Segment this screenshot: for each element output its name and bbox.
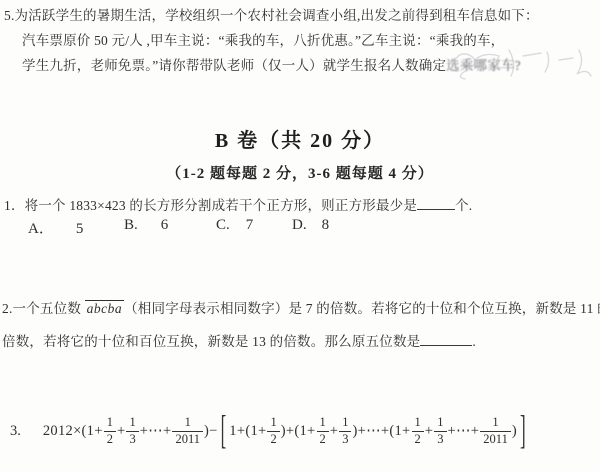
question-2-line-2-text: 倍数，若将它的十位和百位互换，新数是 13 的倍数。那么原五位数是 (2, 334, 420, 349)
question-1-answer-blank (417, 196, 455, 210)
big-bracket: ] (520, 408, 526, 455)
fraction: 12 (267, 416, 279, 445)
formula-text: + (117, 423, 125, 440)
question-1-text: 1．将一个 1833×423 的长方形分割成若干个正方形，则正方形最少是 (4, 198, 417, 213)
big-bracket: [ (221, 408, 227, 455)
question-2-line-2: 倍数，若将它的十位和百位互换，新数是 13 的倍数。那么原五位数是. (2, 330, 476, 350)
formula-text: 1+(1+ (229, 423, 266, 440)
fraction: 12 (412, 416, 424, 445)
formula-text: )+⋯+(1+ (352, 423, 410, 440)
fraction: 12 (317, 416, 329, 445)
section-title: B 卷（共 20 分） (0, 124, 600, 153)
fraction: 12 (104, 416, 116, 445)
question-2-answer-blank (420, 332, 472, 346)
watermark (443, 40, 598, 88)
question-3-number: 3. (10, 423, 21, 440)
question-1-options: A．5 B.6 C.7 D.8 (0, 217, 600, 239)
scanned-exam-page: { "page": { "background": "#fdfdfc", "te… (0, 0, 600, 472)
option-c: C.7 (216, 217, 253, 234)
section-subtitle: （1-2 题每题 2 分，3-6 题每题 4 分） (0, 162, 600, 183)
formula-text: )+(1+ (281, 423, 316, 440)
option-a-label: A． (28, 221, 54, 237)
formula-text: 2012×(1+ (43, 423, 103, 440)
option-a-value: 5 (76, 221, 84, 238)
question-3: 3. 2012×(1+12+13+⋯+12011)−[1+(1+12)+(1+1… (10, 403, 529, 459)
formula-text: ) (512, 423, 517, 440)
question-2-line-1: 2.一个五位数 abcba（相同字母表示相同数字）是 7 的倍数。若将它的十位和… (2, 297, 600, 317)
option-a: A．5 (28, 217, 83, 238)
option-c-label: C. (216, 217, 230, 233)
question-5-line-1: 5.为活跃学生的暑期生活，学校组织一个农村社会调查小组,出发之前得到租车信息如下… (4, 4, 539, 24)
question-2-line-2-suffix: . (472, 334, 476, 349)
formula-text: + (425, 423, 433, 440)
fraction: 12011 (480, 416, 511, 445)
formula-text: + (330, 423, 338, 440)
question-5-line-2: 汽车票原价 50 元/人 ,甲车主说：“乘我的车，八折优惠。”乙车主说：“乘我的… (22, 29, 504, 49)
option-d-label: D. (292, 217, 307, 233)
question-2-overlined-number: abcba (85, 300, 125, 316)
option-b-label: B. (124, 217, 138, 233)
formula-text: +⋯+ (448, 423, 480, 440)
option-d: D.8 (292, 217, 329, 234)
question-5-line-3-text: 学生九折，老师免票。”请你帮带队老师（仅一人）就学生报名人数确定 (22, 58, 446, 73)
option-b: B.6 (124, 217, 168, 234)
formula-text: +⋯+ (140, 423, 172, 440)
fraction: 13 (339, 416, 351, 445)
question-3-formula: 2012×(1+12+13+⋯+12011)−[1+(1+12)+(1+12+1… (43, 416, 529, 445)
question-1: 1．将一个 1833×423 的长方形分割成若干个正方形，则正方形最少是个. (4, 194, 472, 214)
option-b-value: 6 (161, 217, 169, 234)
question-2-text-pre: 2.一个五位数 (2, 301, 85, 316)
fraction: 12011 (172, 416, 203, 445)
question-2-text-post: （相同字母表示相同数字）是 7 的倍数。若将它的十位和个位互换，新数是 11 的 (124, 301, 600, 316)
fraction: 13 (434, 416, 446, 445)
option-d-value: 8 (322, 217, 330, 234)
question-1-text-suffix: 个. (455, 198, 472, 213)
fraction: 13 (126, 416, 138, 445)
option-c-value: 7 (246, 217, 254, 234)
formula-text: )− (204, 423, 218, 440)
